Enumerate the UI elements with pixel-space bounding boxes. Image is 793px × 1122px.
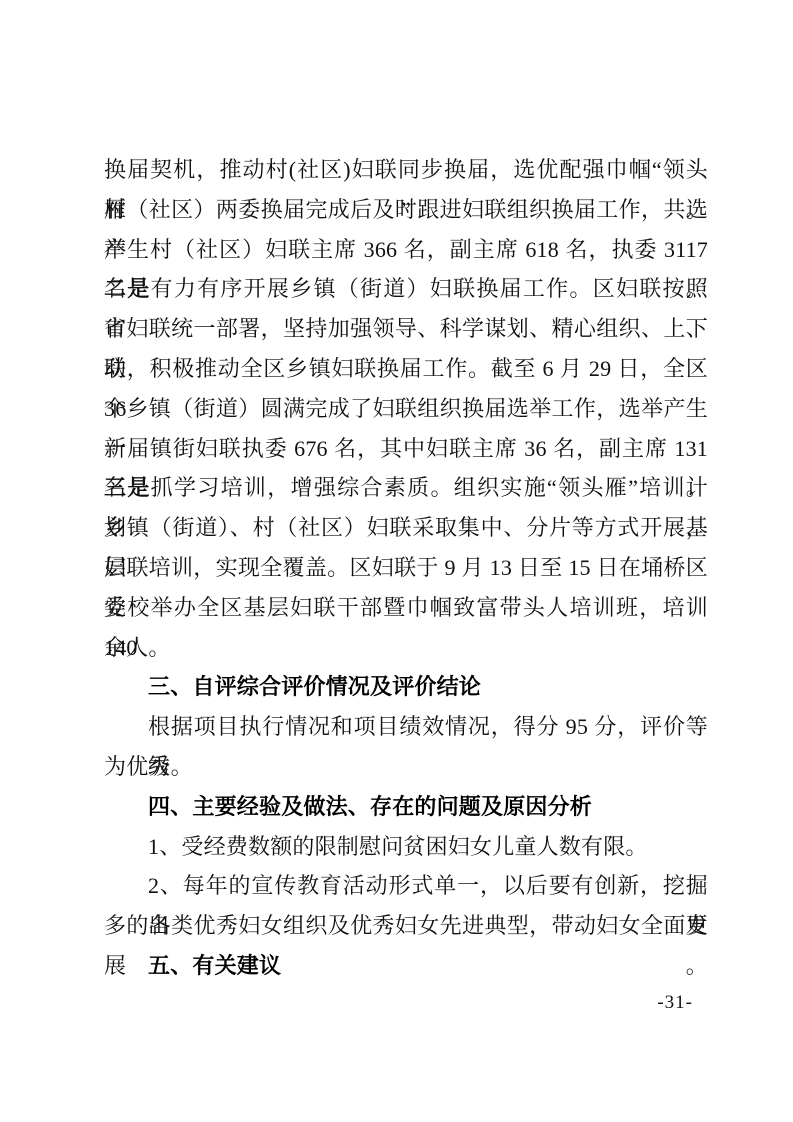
text-line: 党校举办全区基层妇联干部暨巾帼致富带头人培训班，培训 140 xyxy=(104,588,708,628)
text-line: 根据项目执行情况和项目绩效情况，得分 95 分，评价等级 xyxy=(104,707,708,747)
text-run: 为优秀。 xyxy=(104,754,193,779)
page-number: -31- xyxy=(657,992,693,1014)
text-line: 动，积极推动全区乡镇妇联换届工作。截至 6 月 29 日，全区 36 xyxy=(104,349,708,389)
text-line: 产生村（社区）妇联主席 366 名，副主席 618 名，执委 3117 名。 xyxy=(104,230,708,270)
text-line: 二是有力有序开展乡镇（街道）妇联换届工作。区妇联按照省、 xyxy=(104,269,708,309)
text-run: 余人。 xyxy=(104,635,171,660)
text-line: 2、每年的宣传教育活动形式单一，以后要有创新，挖掘出更 xyxy=(104,866,708,906)
text-run: 1、受经费数额的限制慰问贫困妇女儿童人数有限。 xyxy=(148,834,648,859)
bold-text-run: 三是 xyxy=(104,475,151,500)
text-line: 个乡镇（街道）圆满完成了妇联组织换届选举工作，选举产生新 xyxy=(104,389,708,429)
section-heading: 四、主要经验及做法、存在的问题及原因分析 xyxy=(104,787,708,827)
text-line: 为优秀。 xyxy=(104,747,708,787)
text-line: 多的各类优秀妇女组织及优秀妇女先进典型，带动妇女全面发展。 xyxy=(104,906,708,946)
section-heading: 三、自评综合评价情况及评价结论 xyxy=(104,667,708,707)
text-line: 换届契机，推动村(社区)妇联同步换届，选优配强巾帼“领头雁”。 xyxy=(104,150,708,190)
text-line: 一届镇街妇联执委 676 名，其中妇联主席 36 名，副主席 131 名。 xyxy=(104,429,708,469)
bold-text-run: 三、自评综合评价情况及评价结论 xyxy=(148,674,481,699)
text-line: 三是抓学习培训，增强综合素质。组织实施“领头雁”培训计划， xyxy=(104,468,708,508)
text-line: 村（社区）两委换届完成后及时跟进妇联组织换届工作，共选举 xyxy=(104,190,708,230)
text-line: 乡镇（街道）、村（社区）妇联采取集中、分片等方式开展基层 xyxy=(104,508,708,548)
bold-text-run: 二是 xyxy=(104,276,151,301)
text-line: 余人。 xyxy=(104,628,708,668)
text-line: 妇联培训，实现全覆盖。区妇联于 9 月 13 日至 15 日在埇桥区委 xyxy=(104,548,708,588)
text-line: 市妇联统一部署，坚持加强领导、科学谋划、精心组织、上下联 xyxy=(104,309,708,349)
bold-text-run: 五、有关建议 xyxy=(148,953,281,978)
document-page: 换届契机，推动村(社区)妇联同步换届，选优配强巾帼“领头雁”。村（社区）两委换届… xyxy=(0,0,793,1122)
document-body: 换届契机，推动村(社区)妇联同步换届，选优配强巾帼“领头雁”。村（社区）两委换届… xyxy=(104,150,708,986)
text-line: 1、受经费数额的限制慰问贫困妇女儿童人数有限。 xyxy=(104,827,708,867)
bold-text-run: 四、主要经验及做法、存在的问题及原因分析 xyxy=(148,794,592,819)
